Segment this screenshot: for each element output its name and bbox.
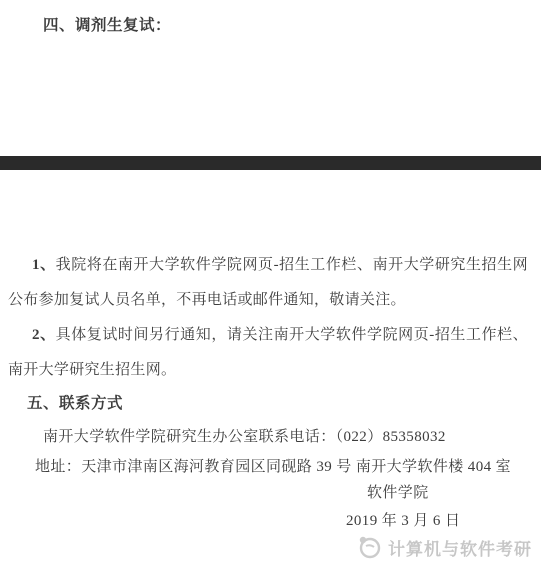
contact-address-line: 地址：天津市津南区海河教育园区同砚路 39 号 南开大学软件楼 404 室 [35,455,511,476]
paragraph-1-text: 我院将在南开大学软件学院网页-招生工作栏、南开大学研究生招生网公布参加复试人员名… [8,257,528,308]
paragraph-retest-time: 2、具体复试时间另行通知，请关注南开大学软件学院网页-招生工作栏、南开大学研究生… [8,318,528,388]
section-heading-transfer-retest: 四、调剂生复试： [43,13,171,35]
document-date: 2019 年 3 月 6 日 [346,509,460,530]
contact-phone-line: 南开大学软件学院研究生办公室联系电话：（022）85358032 [43,425,446,446]
document-page: 四、调剂生复试： 1、我院将在南开大学软件学院网页-招生工作栏、南开大学研究生招… [0,0,541,572]
watermark: 计算机与软件考研 [356,534,532,560]
paragraph-1-marker: 1、 [32,257,56,273]
paragraph-2-marker: 2、 [32,327,56,343]
paragraph-2-text: 具体复试时间另行通知，请关注南开大学软件学院网页-招生工作栏、南开大学研究生招生… [8,327,528,378]
watermark-logo-icon [356,534,382,560]
signature-college: 软件学院 [367,481,429,502]
watermark-label: 计算机与软件考研 [388,535,532,560]
section-heading-contact: 五、联系方式 [27,391,123,413]
divider-bar [0,156,541,170]
paragraph-notice-list: 1、我院将在南开大学软件学院网页-招生工作栏、南开大学研究生招生网公布参加复试人… [8,248,528,318]
